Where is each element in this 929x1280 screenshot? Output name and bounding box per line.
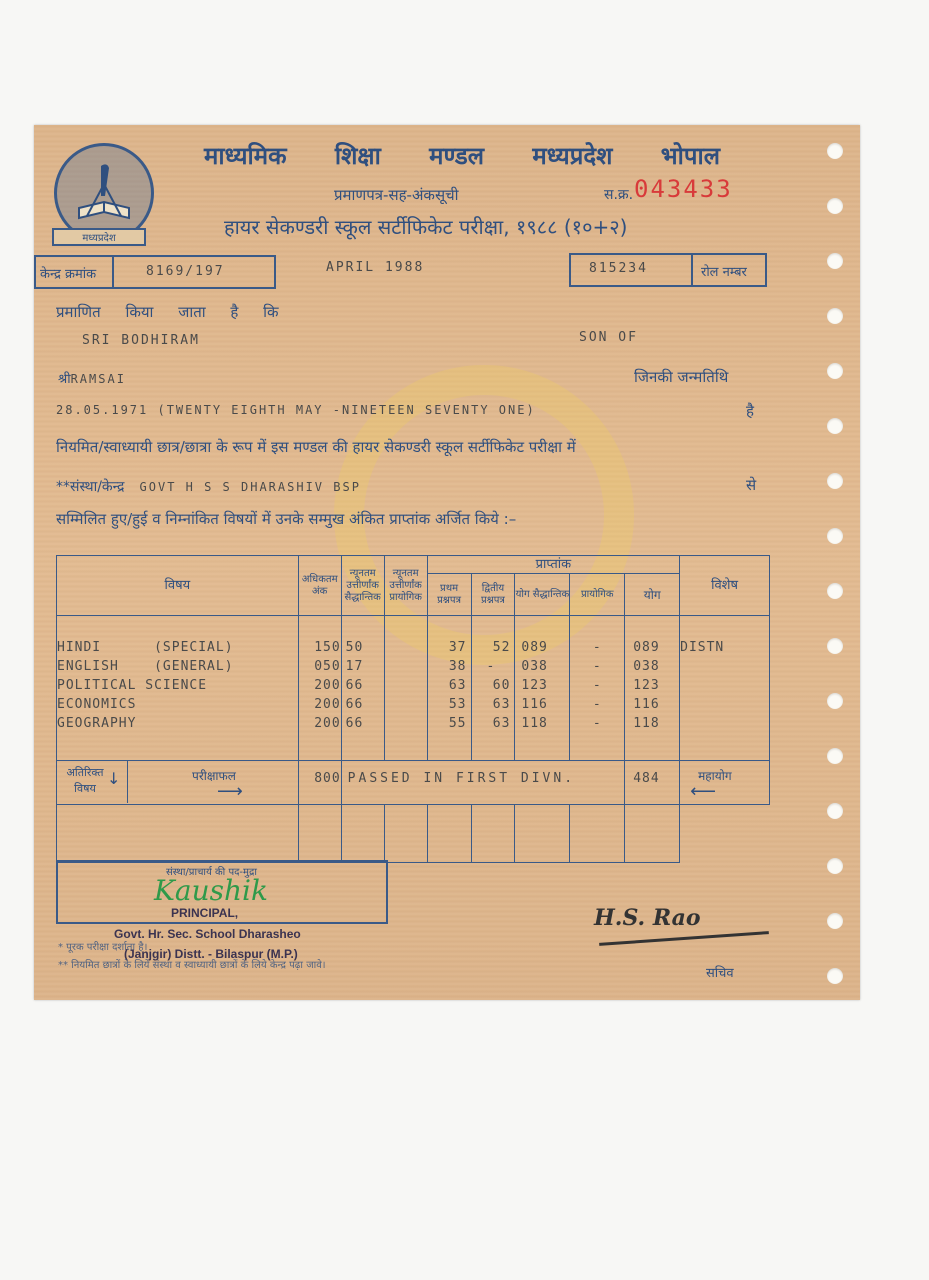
theory-total-column: 089 038 123 116 118	[515, 616, 570, 761]
perforation-hole	[827, 583, 843, 599]
appeared-line: सम्मिलित हुए/हुई व निम्नांकित विषयों में…	[56, 509, 516, 529]
subject-name: ENGLISH (GENERAL)	[57, 657, 298, 676]
regular-line: नियमित/स्वाध्यायी छात्र/छात्रा के रूप मे…	[56, 437, 576, 457]
exam-title: हायर सेकण्डरी स्कूल सर्टीफिकेट परीक्षा, …	[224, 213, 627, 240]
se-text: से	[746, 475, 756, 495]
max-marks: 150	[299, 638, 341, 657]
perforation-hole	[827, 253, 843, 269]
institution-line: **संस्था/केन्द्र GOVT H S S DHARASHIV BS…	[56, 476, 361, 496]
min-practical-column	[384, 616, 427, 761]
perforation-hole	[827, 198, 843, 214]
practical-marks: -	[570, 676, 624, 695]
header-subject: विषय	[57, 556, 299, 616]
theory-total: 118	[521, 714, 569, 733]
grand-total-label-cell: महायोग ⟵	[680, 761, 770, 805]
arrow-down-icon: ↓	[107, 769, 120, 788]
practical-column: - - - - -	[570, 616, 625, 761]
paper1-marks: 55	[428, 714, 467, 733]
paper1-column: 37 38 63 53 55	[427, 616, 471, 761]
serial-number: 043433	[634, 175, 733, 203]
result-cell: PASSED IN FIRST DIVN.	[341, 761, 625, 805]
max-marks: 200	[299, 714, 341, 733]
result-label-cell: अतिरिक्त विषय ↓ परीक्षाफल ⟶	[57, 761, 299, 805]
dob-label: जिनकी जन्मतिथि	[634, 367, 728, 387]
certificate-paper: मध्यप्रदेश माध्यमिक शिक्षा मण्डल मध्यप्र…	[34, 125, 860, 1000]
perforation-hole	[827, 473, 843, 489]
perforation-hole	[827, 858, 843, 874]
perforation-hole	[827, 363, 843, 379]
max-column: 150 050 200 200 200	[298, 616, 341, 761]
serial-label: स.क्र.	[604, 185, 633, 204]
perforation-hole	[827, 748, 843, 764]
signature-underline	[599, 931, 769, 946]
paper2-column: 52 - 60 63 63	[471, 616, 515, 761]
max-marks: 200	[299, 676, 341, 695]
document-type: प्रमाणपत्र-सह-अंकसूची	[334, 185, 459, 205]
centre-number: 8169/197	[146, 264, 225, 279]
father-line: श्रीRAMSAI	[58, 368, 126, 387]
son-of-label: SON OF	[579, 330, 638, 345]
perforation-hole	[827, 968, 843, 984]
subject-total: 116	[633, 695, 679, 714]
marks-table: विषय अधिकतम अंक न्यूनतम उत्तीर्णांक सैद्…	[56, 555, 770, 863]
paper1-marks: 37	[428, 638, 467, 657]
logo-band: मध्यप्रदेश	[52, 228, 146, 246]
header-obtained: प्राप्तांक	[427, 556, 680, 574]
father-name: RAMSAI	[71, 372, 126, 386]
marks-body: HINDI (SPECIAL) ENGLISH (GENERAL) POLITI…	[57, 616, 770, 761]
book-torch-icon	[57, 146, 151, 240]
header-practical: प्रायोगिक	[570, 574, 625, 616]
arrow-left-icon: ⟵	[690, 781, 716, 802]
subject-total: 089	[633, 638, 679, 657]
practical-marks: -	[570, 714, 624, 733]
practical-marks: -	[570, 695, 624, 714]
hai-text: है	[746, 401, 754, 421]
grand-total-cell: 484	[625, 761, 680, 805]
result-row: अतिरिक्त विषय ↓ परीक्षाफल ⟶ 800 PASSED I…	[57, 761, 770, 805]
practical-marks: -	[570, 638, 624, 657]
perforation-hole	[827, 308, 843, 324]
paper2-marks: 63	[472, 695, 511, 714]
header-special: विशेष	[680, 556, 770, 616]
min-theory: 66	[346, 695, 384, 714]
grand-total: 484	[633, 771, 659, 786]
additional-subject-label: अतिरिक्त विषय	[65, 765, 105, 797]
principal-signature: Kaushik	[154, 874, 268, 907]
subject-name: HINDI (SPECIAL)	[57, 638, 298, 657]
centre-label: केन्द्र क्रमांक	[40, 264, 96, 282]
roll-box: 815234 रोल नम्बर	[569, 253, 767, 287]
perforation-hole	[827, 418, 843, 434]
max-total: 800	[314, 771, 340, 786]
subject-name: POLITICAL SCIENCE	[57, 676, 298, 695]
theory-total: 116	[521, 695, 569, 714]
theory-total: 038	[521, 657, 569, 676]
paper1-marks: 38	[428, 657, 467, 676]
paper2-marks: 60	[472, 676, 511, 695]
institution-label: **संस्था/केन्द्र	[56, 479, 124, 495]
perforation-hole	[827, 638, 843, 654]
institution-name: GOVT H S S DHARASHIV BSP	[140, 480, 361, 494]
min-theory: 66	[346, 676, 384, 695]
student-name: SRI BODHIRAM	[82, 333, 200, 348]
theory-total: 123	[521, 676, 569, 695]
subjects-column: HINDI (SPECIAL) ENGLISH (GENERAL) POLITI…	[57, 616, 299, 761]
practical-marks: -	[570, 657, 624, 676]
subject-name: ECONOMICS	[57, 695, 298, 714]
min-theory: 66	[346, 714, 384, 733]
subject-total: 123	[633, 676, 679, 695]
max-marks: 050	[299, 657, 341, 676]
max-total-cell: 800	[298, 761, 341, 805]
certify-text: प्रमाणित किया जाता है कि	[56, 302, 279, 322]
roll-label: रोल नम्बर	[701, 262, 747, 280]
special-remark: DISTN	[680, 638, 769, 657]
perforation-hole	[827, 528, 843, 544]
paper2-marks: -	[472, 657, 511, 676]
header-min-practical: न्यूनतम उत्तीर्णांक प्रायोगिक	[384, 556, 427, 616]
header-total: योग	[625, 574, 680, 616]
result-text: PASSED IN FIRST DIVN.	[348, 771, 575, 786]
perforation-hole	[827, 803, 843, 819]
footnote-supplementary: * पूरक परीक्षा दर्शाता है।	[58, 939, 147, 953]
paper1-marks: 63	[428, 676, 467, 695]
theory-total: 089	[521, 638, 569, 657]
exam-session: APRIL 1988	[326, 260, 424, 275]
min-theory: 50	[346, 638, 384, 657]
special-column: DISTN	[680, 616, 770, 761]
min-theory: 17	[346, 657, 384, 676]
arrow-right-icon: ⟶	[217, 781, 243, 802]
seal-box: संस्था/प्राचार्य की पद-मुद्रा Kaushik PR…	[56, 860, 388, 924]
total-column: 089 038 123 116 118	[625, 616, 680, 761]
blank-row	[57, 805, 770, 863]
perforation-hole	[827, 693, 843, 709]
subject-total: 038	[633, 657, 679, 676]
header-min-theory: न्यूनतम उत्तीर्णांक सैद्धान्तिक	[341, 556, 384, 616]
header-paper1: प्रथम प्रश्नपत्र	[427, 574, 471, 616]
footnote-centre: ** नियमित छात्रों के लिये संस्था व स्वाध…	[58, 957, 326, 971]
header-theory-total: योग सैद्धान्तिक	[515, 574, 570, 616]
header-max-marks: अधिकतम अंक	[298, 556, 341, 616]
max-marks: 200	[299, 695, 341, 714]
secretary-signature: H.S. Rao	[594, 905, 701, 931]
header-paper2: द्वितीय प्रश्नपत्र	[471, 574, 515, 616]
shri-prefix: श्री	[58, 372, 71, 387]
min-theory-column: 50 17 66 66 66	[341, 616, 384, 761]
paper2-marks: 52	[472, 638, 511, 657]
perforation-hole	[827, 143, 843, 159]
perforation-hole	[827, 913, 843, 929]
date-of-birth: 28.05.1971 (TWENTY EIGHTH MAY -NINETEEN …	[56, 403, 536, 417]
paper1-marks: 53	[428, 695, 467, 714]
perforation-strip	[819, 125, 859, 1000]
centre-box: केन्द्र क्रमांक 8169/197	[34, 255, 276, 289]
principal-stamp-title: PRINCIPAL,	[171, 906, 238, 920]
subject-name: GEOGRAPHY	[57, 714, 298, 733]
paper2-marks: 63	[472, 714, 511, 733]
roll-number: 815234	[589, 261, 648, 276]
board-name: माध्यमिक शिक्षा मण्डल मध्यप्रदेश भोपाल	[204, 139, 720, 172]
secretary-label: सचिव	[706, 963, 734, 981]
subject-total: 118	[633, 714, 679, 733]
